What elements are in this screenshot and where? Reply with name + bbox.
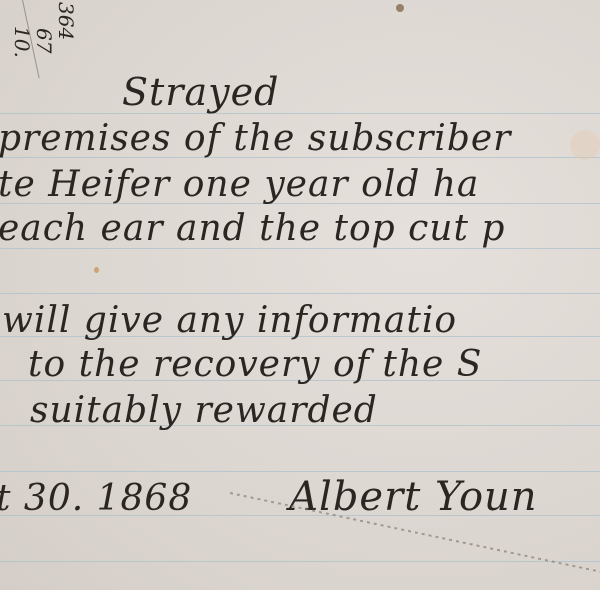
- text-line-3: each ear and the top cut p: [0, 208, 505, 249]
- ruled-line: [0, 561, 600, 562]
- margin-note: 10.: [10, 26, 34, 58]
- text-line-1: premises of the subscriber: [0, 118, 511, 159]
- text-line-6: suitably rewarded: [30, 390, 378, 431]
- margin-number: 67: [32, 28, 56, 53]
- ruled-line: [0, 113, 600, 114]
- ruled-line: [0, 293, 600, 294]
- text-line-2: te Heifer one year old ha: [0, 164, 479, 205]
- stain-spot: [570, 130, 600, 160]
- margin-note: 67: [32, 28, 56, 53]
- document-title: Strayed: [122, 70, 279, 114]
- date-line: t 30. 1868 Albert Youn: [0, 474, 538, 520]
- date-fragment: t 30. 1868: [0, 478, 192, 519]
- ink-stain: [396, 4, 404, 12]
- margin-number: 10.: [10, 26, 34, 58]
- margin-number: 364: [54, 2, 78, 40]
- stain-spot: [94, 267, 99, 273]
- ruled-line: [0, 471, 600, 472]
- document-paper: 364 67 10. Strayed premises of the subsc…: [0, 0, 600, 590]
- text-line-4: will give any informatio: [2, 300, 457, 341]
- margin-note: 364: [54, 2, 78, 40]
- text-line-5: to the recovery of the S: [28, 344, 482, 385]
